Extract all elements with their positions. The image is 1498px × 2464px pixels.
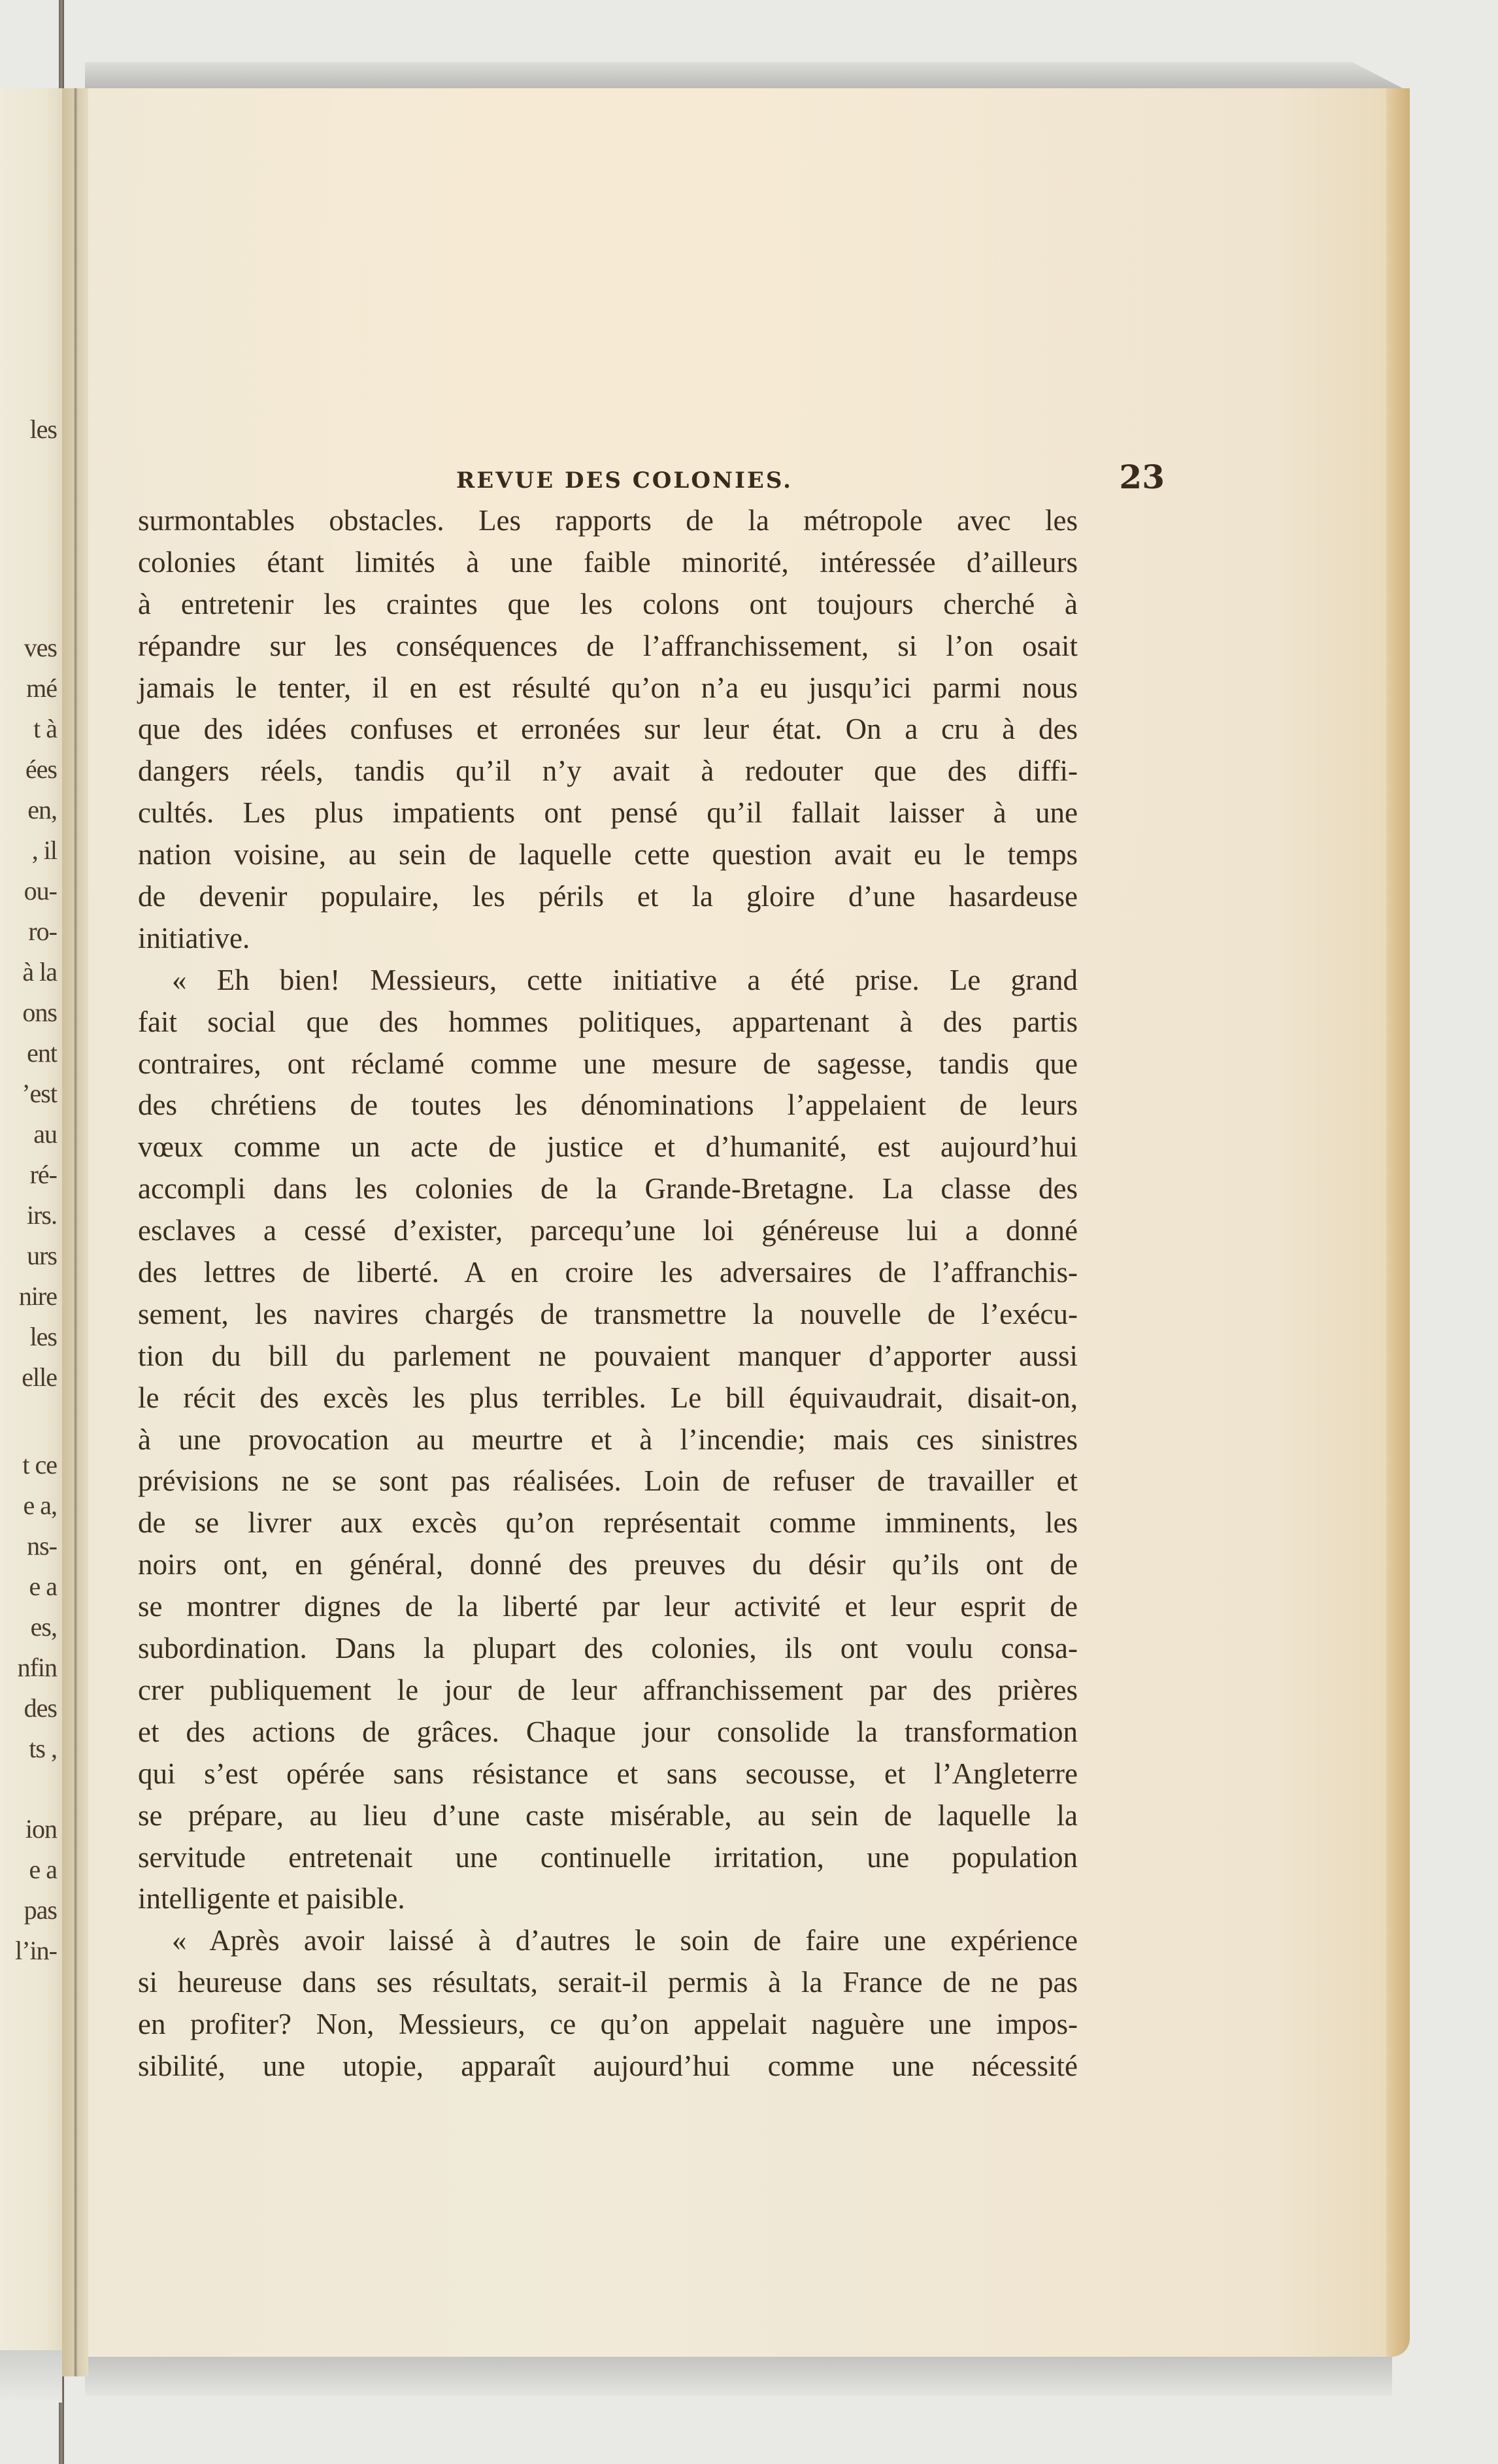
page-bottom-shadow: [85, 2357, 1392, 2396]
previous-page-text-fragment: en,: [27, 794, 57, 825]
text-line: que des idées confuses et erronées sur l…: [138, 709, 1078, 751]
previous-page-text-fragment: ts ,: [29, 1733, 57, 1764]
text-line: subordination. Dans la plupart des colon…: [138, 1628, 1078, 1670]
previous-page-text-fragment: pas: [24, 1895, 57, 1925]
previous-page-text-fragment: nire: [19, 1281, 57, 1311]
previous-page-text-fragment: ves: [24, 632, 57, 663]
previous-page-text-fragment: des: [24, 1693, 57, 1723]
previous-page-text-fragment: nfin: [18, 1652, 57, 1683]
text-line: accompli dans les colonies de la Grande-…: [138, 1168, 1078, 1210]
text-line: vœux comme un acte de justice et d’human…: [138, 1126, 1078, 1168]
previous-page-text-fragment: irs.: [27, 1200, 57, 1230]
page-top-shadow: [85, 62, 1405, 90]
previous-page-text-fragment: au: [33, 1119, 57, 1149]
text-line: « Eh bien! Messieurs, cette initiative a…: [138, 960, 1078, 1002]
previous-page-text-fragment: ent: [27, 1038, 57, 1068]
text-line: en profiter? Non, Messieurs, ce qu’on ap…: [138, 2004, 1078, 2046]
previous-page-sliver: lesvesmét àéesen,, ilou-ro-à laonsent’es…: [0, 88, 62, 2350]
text-line: tion du bill du parlement ne pouvaient m…: [138, 1336, 1078, 1377]
text-line: fait social que des hommes politiques, a…: [138, 1002, 1078, 1043]
text-line: contraires, ont réclamé comme une mesure…: [138, 1043, 1078, 1085]
previous-page-text-fragment: les: [30, 1321, 57, 1352]
previous-page-text-fragment: ns-: [27, 1530, 57, 1561]
previous-page-text-fragment: e a,: [23, 1490, 57, 1521]
text-line: jamais le tenter, il en est résulté qu’o…: [138, 667, 1078, 709]
running-title: REVUE DES COLONIES.: [456, 467, 793, 494]
book-gutter: [62, 88, 88, 2376]
text-line: prévisions ne se sont pas réalisées. Loi…: [138, 1460, 1078, 1502]
text-line: répandre sur les conséquences de l’affra…: [138, 626, 1078, 667]
text-line: de se livrer aux excès qu’on représentai…: [138, 1502, 1078, 1544]
text-line: si heureuse dans ses résultats, serait-i…: [138, 1962, 1078, 2004]
text-line: se montrer dignes de la liberté par leur…: [138, 1586, 1078, 1628]
previous-page-text-fragment: mé: [26, 673, 57, 703]
previous-page-text-fragment: e a: [29, 1854, 57, 1885]
text-line: des lettres de liberté. A en croire les …: [138, 1252, 1078, 1294]
text-line: sement, les navires chargés de transmett…: [138, 1294, 1078, 1336]
previous-page-text-fragment: urs: [27, 1240, 57, 1271]
text-line: noirs ont, en général, donné des preuves…: [138, 1544, 1078, 1586]
previous-page-text-fragment: les: [30, 414, 57, 445]
previous-page-text-fragment: à la: [22, 956, 57, 987]
text-line: surmontables obstacles. Les rapports de …: [138, 500, 1078, 542]
text-line: dangers réels, tandis qu’il n’y avait à …: [138, 751, 1078, 792]
text-line: colonies étant limités à une faible mino…: [138, 542, 1078, 584]
previous-page-text-fragment: t ce: [22, 1449, 57, 1480]
previous-page-text-fragment: ion: [25, 1814, 57, 1844]
text-line: le récit des excès les plus terribles. L…: [138, 1377, 1078, 1419]
previous-page-text-fragment: ré-: [30, 1159, 57, 1190]
page-fore-edge: [1386, 88, 1410, 2357]
previous-page-text-fragment: elle: [22, 1362, 57, 1392]
text-line: « Après avoir laissé à d’autres le soin …: [138, 1920, 1078, 1962]
previous-page-text-fragment: ’est: [22, 1078, 57, 1109]
text-line: à une provocation au meurtre et à l’ince…: [138, 1419, 1078, 1461]
book-page: REVUE DES COLONIES. 23 surmontables obst…: [88, 88, 1410, 2357]
text-line: de devenir populaire, les périls et la g…: [138, 876, 1078, 918]
text-line: à entretenir les craintes que les colons…: [138, 584, 1078, 626]
previous-page-text-fragment: , il: [32, 835, 57, 866]
text-line: esclaves a cessé d’exister, parcequ’une …: [138, 1210, 1078, 1252]
text-line: crer publiquement le jour de leur affran…: [138, 1670, 1078, 1712]
text-line: des chrétiens de toutes les dénomination…: [138, 1085, 1078, 1126]
previous-page-text-fragment: ées: [25, 754, 57, 785]
previous-page-text-fragment: ou-: [24, 875, 57, 906]
text-line: sibilité, une utopie, apparaît aujourd’h…: [138, 2046, 1078, 2087]
previous-page-text-fragment: es,: [31, 1612, 57, 1642]
text-line: et des actions de grâces. Chaque jour co…: [138, 1712, 1078, 1753]
text-line: nation voisine, au sein de laquelle cett…: [138, 834, 1078, 876]
text-line: se prépare, au lieu d’une caste misérabl…: [138, 1795, 1078, 1837]
text-line: qui s’est opérée sans résistance et sans…: [138, 1753, 1078, 1795]
text-line: servitude entretenait une continuelle ir…: [138, 1837, 1078, 1879]
previous-page-text-fragment: t à: [33, 713, 57, 744]
text-line: intelligente et paisible.: [138, 1878, 1078, 1920]
text-line: cultés. Les plus impatients ont pensé qu…: [138, 792, 1078, 834]
previous-page-text-fragment: ro-: [28, 916, 57, 947]
previous-page-text-fragment: e a: [29, 1571, 57, 1602]
running-header: REVUE DES COLONIES. 23: [456, 454, 1165, 494]
page-number: 23: [1119, 458, 1165, 496]
text-line: initiative.: [138, 918, 1078, 960]
previous-page-text-fragment: l’in-: [15, 1935, 57, 1966]
body-text: surmontables obstacles. Les rapports de …: [138, 500, 1078, 2087]
previous-page-shadow: [0, 2350, 62, 2403]
previous-page-text-fragment: ons: [22, 997, 57, 1028]
